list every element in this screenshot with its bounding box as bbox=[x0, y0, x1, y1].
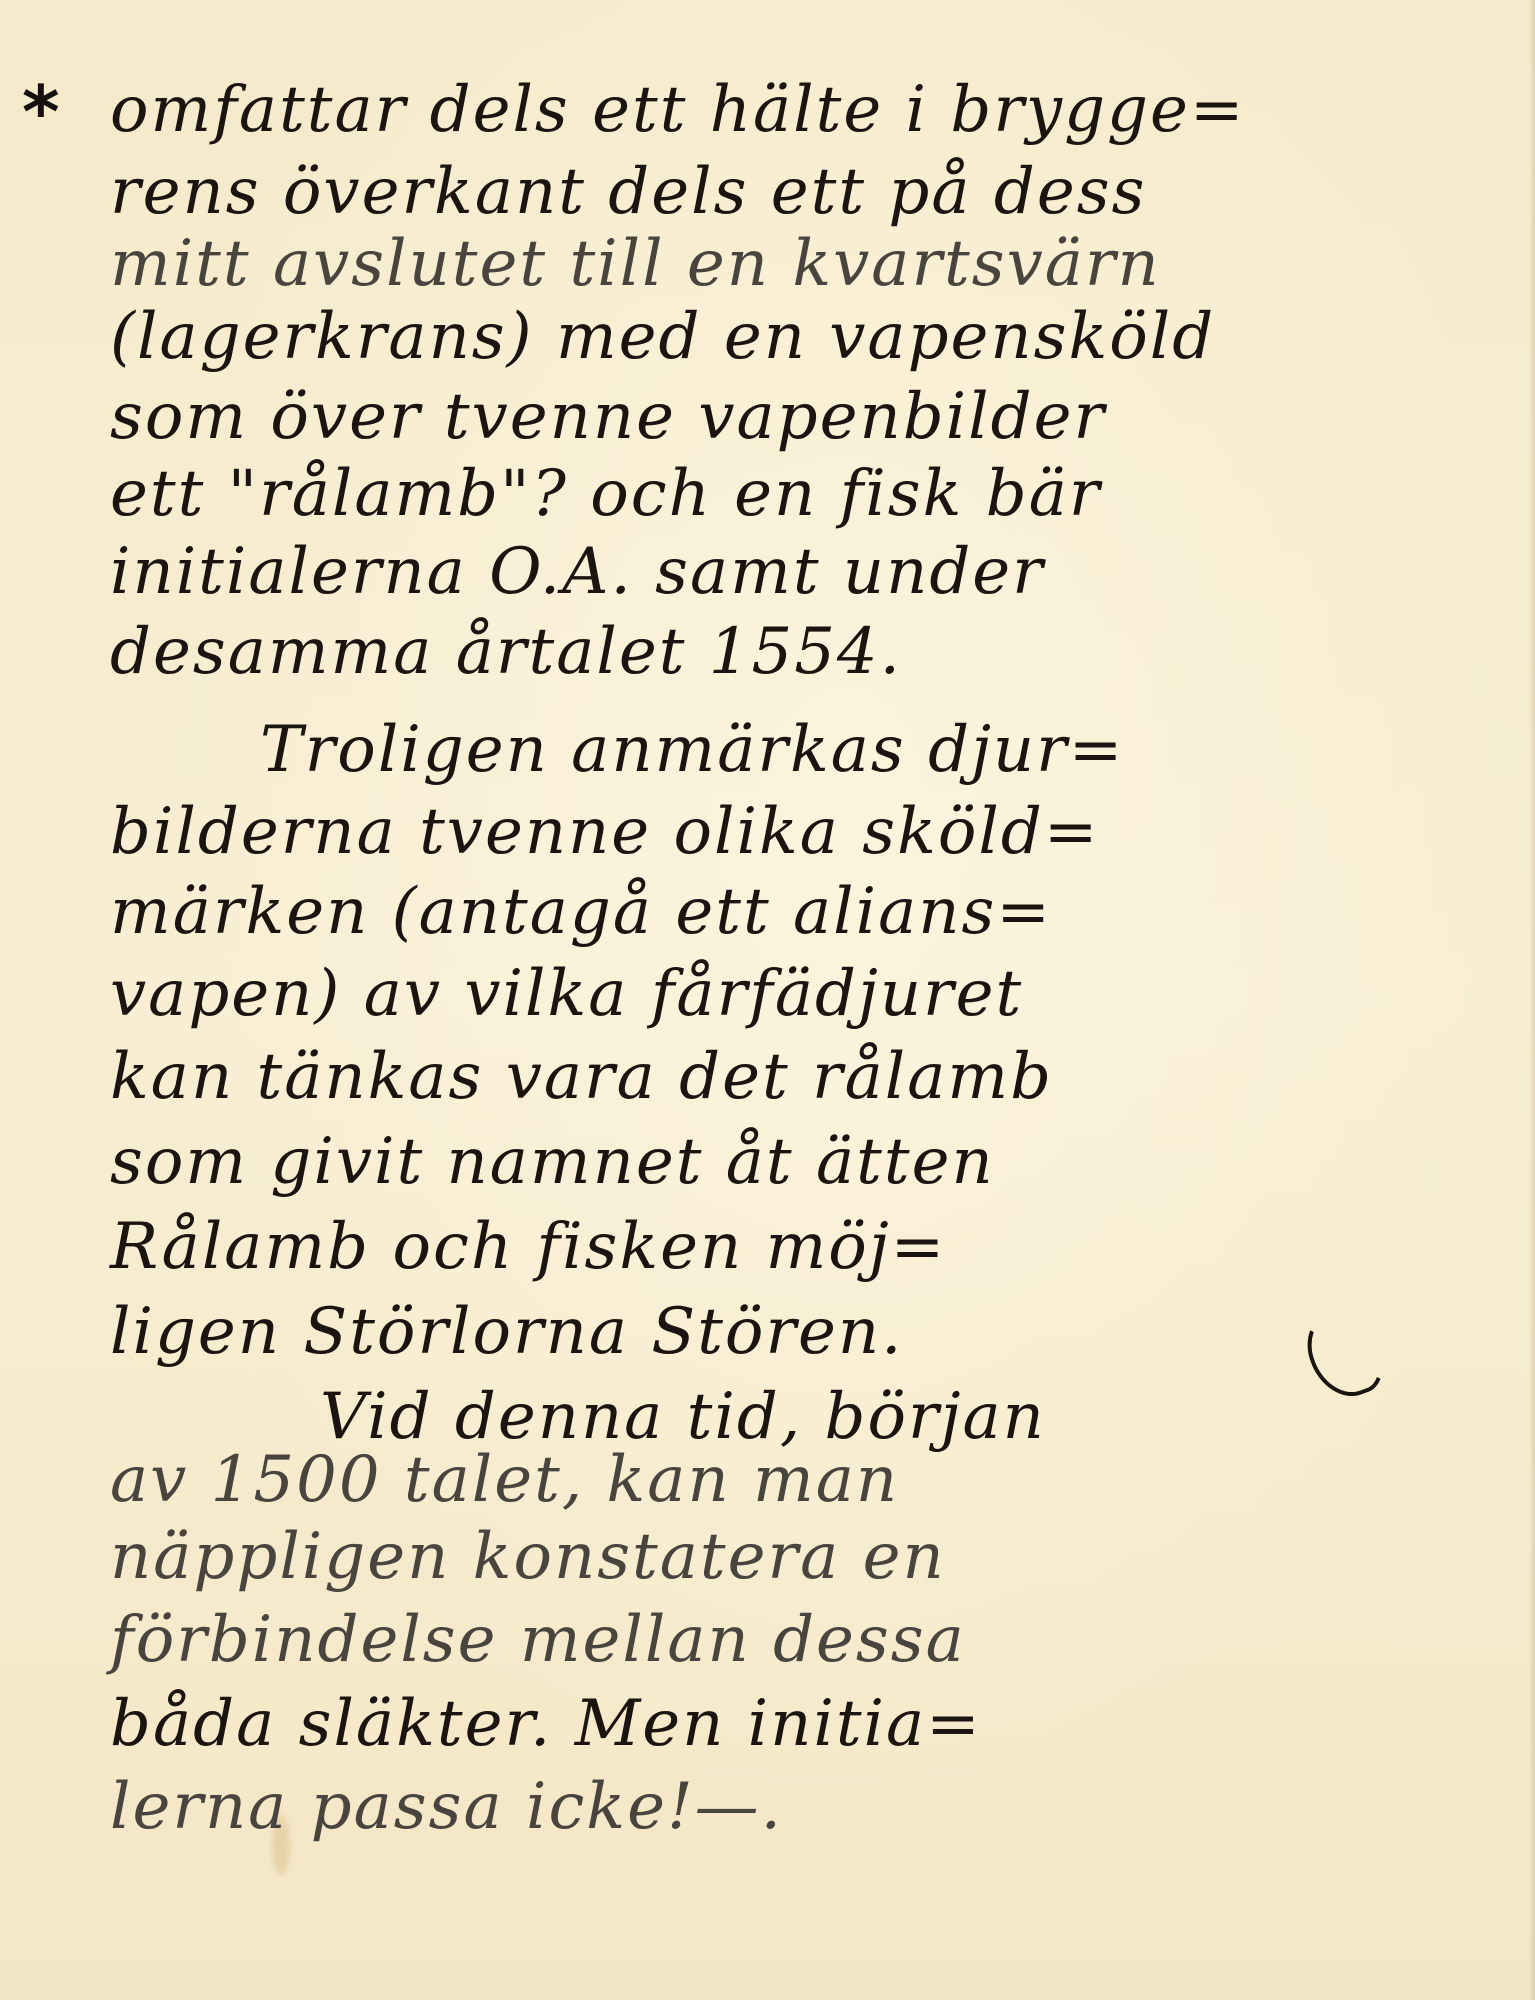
manuscript-line-14: som givit namnet åt ätten bbox=[110, 1130, 995, 1194]
manuscript-line-8: desamma årtalet 1554. bbox=[110, 620, 902, 684]
manuscript-line-13: kan tänkas vara det rålamb bbox=[110, 1045, 1053, 1109]
manuscript-line-20: förbindelse mellan dessa bbox=[110, 1608, 966, 1672]
manuscript-line-3: mitt avslutet till en kvartsvärn bbox=[110, 232, 1161, 296]
manuscript-line-9: Troligen anmärkas djur= bbox=[260, 718, 1124, 782]
manuscript-line-19: näppligen konstatera en bbox=[110, 1525, 946, 1589]
manuscript-line-15: Rålamb och fisken möj= bbox=[110, 1215, 946, 1279]
manuscript-line-17: Vid denna tid, början bbox=[320, 1385, 1046, 1449]
manuscript-line-22: lerna passa icke!—. bbox=[110, 1775, 783, 1839]
handwritten-manuscript: * omfattar dels ett hälte i brygge= rens… bbox=[0, 0, 1535, 2000]
manuscript-line-10: bilderna tvenne olika sköld= bbox=[110, 800, 1099, 864]
footnote-asterisk-marker: * bbox=[22, 70, 60, 154]
manuscript-line-12: vapen) av vilka fårfädjuret bbox=[110, 962, 1023, 1026]
manuscript-line-7: initialerna O.A. samt under bbox=[110, 540, 1045, 604]
manuscript-line-4: (lagerkrans) med en vapensköld bbox=[110, 305, 1215, 369]
manuscript-line-6: ett "rålamb"? och en fisk bär bbox=[110, 462, 1101, 526]
manuscript-line-11: märken (antagå ett alians= bbox=[110, 880, 1052, 944]
manuscript-line-16: ligen Störlorna Stören. bbox=[110, 1300, 903, 1364]
manuscript-line-2: rens överkant dels ett på dess bbox=[110, 160, 1146, 224]
manuscript-line-21: båda släkter. Men initia= bbox=[110, 1692, 982, 1756]
handwritten-flourish bbox=[1297, 1301, 1391, 1407]
manuscript-line-18: av 1500 talet, kan man bbox=[110, 1448, 899, 1512]
manuscript-line-5: som över tvenne vapenbilder bbox=[110, 385, 1106, 449]
manuscript-line-1: omfattar dels ett hälte i brygge= bbox=[110, 78, 1246, 142]
